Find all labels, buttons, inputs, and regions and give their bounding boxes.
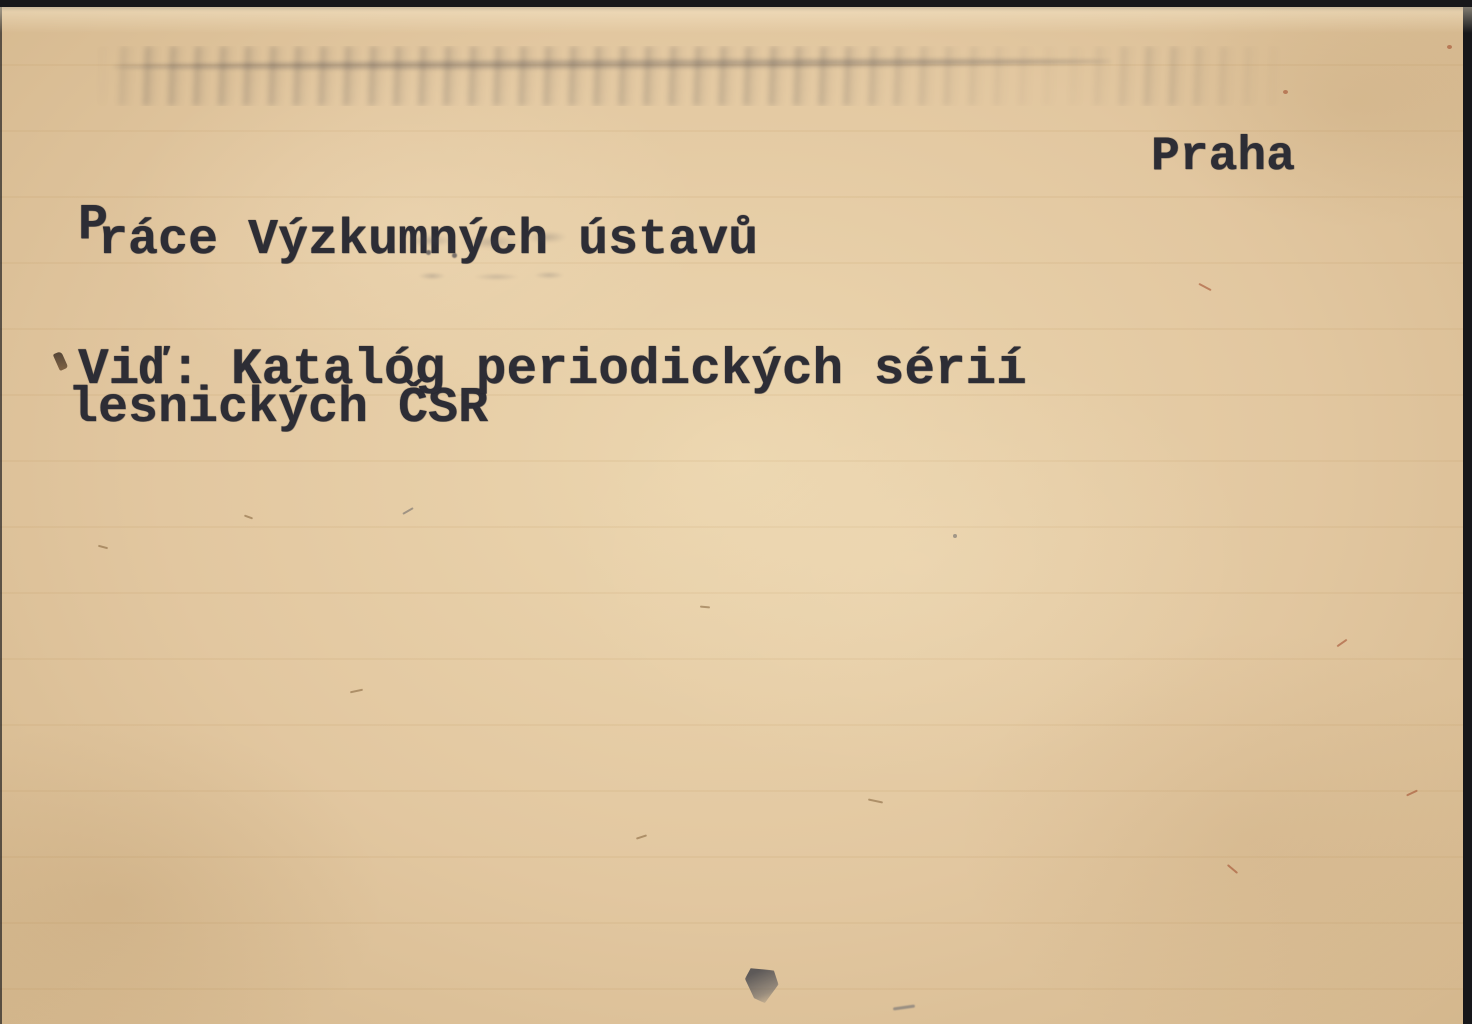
paper-fiber [1406, 790, 1418, 797]
erased-text-smudge-lower [414, 268, 564, 284]
ghost-ink-offset-smudge [95, 46, 1305, 106]
paper-fiber [868, 798, 883, 803]
series-title-raised-initial: P [78, 198, 108, 254]
paper-fiber [700, 606, 710, 609]
scan-edge-top [0, 0, 1472, 7]
paper-fiber [636, 834, 647, 839]
paper-fiber [350, 689, 363, 694]
cross-reference-line: Viď: Katalóg periodických sérií [78, 345, 1027, 396]
ink-smear-bottom-tail [893, 1004, 915, 1010]
erased-text-smudge [396, 227, 568, 256]
paper-edge-highlight [0, 7, 1472, 33]
paper-fiber [1227, 864, 1238, 874]
place-name: Praha [1151, 133, 1295, 181]
pen-tick-mark [53, 351, 69, 371]
paper-speck [1283, 90, 1288, 94]
scan-edge-left [0, 0, 2, 1024]
catalog-card-scan: Práce Výzkumných ústavů lesnických ČSR P… [0, 0, 1472, 1024]
paper-fiber [1337, 639, 1348, 648]
paper-speck [1447, 45, 1452, 49]
ink-smear-bottom [741, 965, 781, 1005]
erased-text-dots [426, 248, 460, 262]
paper-speck [953, 534, 957, 538]
series-title: Práce Výzkumných ústavů lesnických ČSR [68, 101, 758, 549]
paper-fiber [1198, 283, 1211, 291]
scan-edge-right [1463, 0, 1472, 1024]
